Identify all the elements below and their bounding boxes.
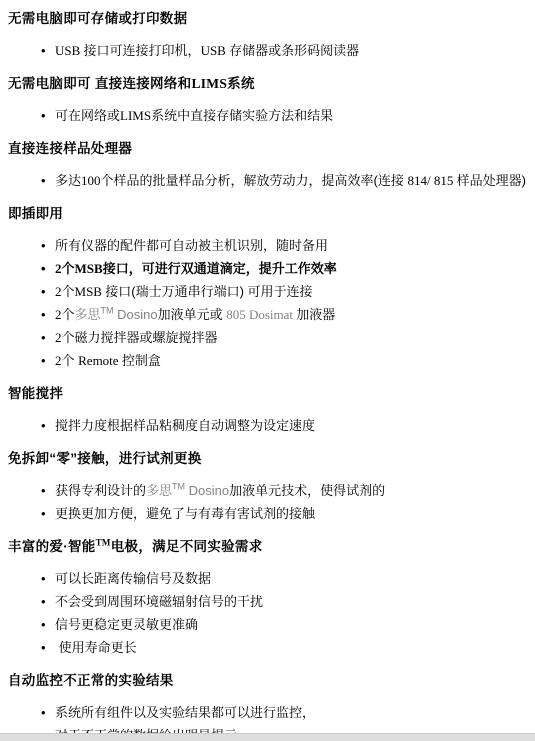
- text-run: 个: [62, 353, 79, 368]
- text-run: 智能搅拌: [8, 386, 63, 401]
- text-run: 个: [62, 261, 75, 276]
- text-run: 接口可连接打印机，: [84, 43, 201, 58]
- bullet-item: 2个磁力搅拌器或螺旋搅拌器: [55, 326, 527, 349]
- text-run: 814/ 815: [407, 173, 456, 188]
- text-run: 系统所有组件以及实验结果都可以进行监控，: [55, 705, 315, 720]
- section-heading: 无需电脑即可 直接连接网络和LIMS系统: [8, 74, 527, 93]
- section-heading: 即插即用: [8, 204, 527, 223]
- text-run: 100: [81, 173, 101, 188]
- text-run: Dosino: [114, 307, 158, 322]
- bullet-item: 2个MSB接口，可进行双通道滴定，提升工作效率: [55, 257, 527, 280]
- bullet-item: 系统所有组件以及实验结果都可以进行监控，: [55, 701, 527, 724]
- trademark-superscript: TM: [101, 306, 114, 316]
- text-run: 使用寿命更长: [55, 640, 137, 655]
- bullet-list: 可以长距离传输信号及数据不会受到周围环境磁辐射信号的干扰信号更稳定更灵敏更准确 …: [8, 567, 527, 659]
- text-run: MSB: [75, 261, 103, 276]
- bullet-item: 使用寿命更长: [55, 636, 527, 659]
- text-run: 即插即用: [8, 206, 63, 221]
- text-run: 直接连接样品处理器: [8, 141, 132, 156]
- section-heading: 直接连接样品处理器: [8, 139, 527, 158]
- bullet-list: USB 接口可连接打印机，USB 存储器或条形码阅读器: [8, 39, 527, 62]
- bullet-list: 获得专利设计的多思TM Dosino加液单元技术，使得试剂的更换更加方便，避免了…: [8, 479, 527, 525]
- bullet-item: 2个 Remote 控制盒: [55, 349, 527, 372]
- text-run: 不会受到周围环境磁辐射信号的干扰: [55, 594, 263, 609]
- text-run: 加液单元技术，使得试剂的: [229, 483, 385, 498]
- text-run: 存储器或条形码阅读器: [229, 43, 359, 58]
- text-run: LIMS: [191, 76, 227, 91]
- text-run: 电极，满足不同实验需求: [111, 539, 263, 554]
- text-run: 控制盒: [122, 353, 161, 368]
- feature-section: 直接连接样品处理器多达100个样品的批量样品分析，解放劳动力，提高效率(连接 8…: [8, 139, 527, 192]
- bullet-item: USB 接口可连接打印机，USB 存储器或条形码阅读器: [55, 39, 527, 62]
- bullet-item: 2个多思TM Dosino加液单元或 805 Dosimat 加液器: [55, 303, 527, 326]
- feature-section: 无需电脑即可 直接连接网络和LIMS系统可在网络或LIMS系统中直接存储实验方法…: [8, 74, 527, 127]
- text-run: 无需电脑即可存储或打印数据: [8, 11, 187, 26]
- bullet-list: 多达100个样品的批量样品分析，解放劳动力，提高效率(连接 814/ 815 样…: [8, 169, 527, 192]
- text-run: USB: [55, 43, 84, 58]
- page: 无需电脑即可存储或打印数据USB 接口可连接打印机，USB 存储器或条形码阅读器…: [0, 0, 535, 741]
- text-run: 805 Dosimat: [226, 307, 296, 322]
- text-run: 系统中直接存储实验方法和结果: [151, 108, 333, 123]
- text-run: 自动监控不正常的实验结果: [8, 673, 174, 688]
- text-run: 免拆卸“零”接触，进行试剂更换: [8, 451, 202, 466]
- trademark-superscript: TM: [172, 482, 185, 492]
- text-run: 多思: [146, 483, 172, 498]
- text-run: 系统: [227, 76, 255, 91]
- feature-section: 免拆卸“零”接触，进行试剂更换获得专利设计的多思TM Dosino加液单元技术，…: [8, 449, 527, 525]
- bullet-item: 所有仪器的配件都可自动被主机识别，随时备用: [55, 234, 527, 257]
- feature-section: 自动监控不正常的实验结果系统所有组件以及实验结果都可以进行监控，对于不正常的数据…: [8, 671, 527, 741]
- bullet-list: 可在网络或LIMS系统中直接存储实验方法和结果: [8, 104, 527, 127]
- feature-section: 无需电脑即可存储或打印数据USB 接口可连接打印机，USB 存储器或条形码阅读器: [8, 9, 527, 62]
- text-run: MSB: [75, 284, 106, 299]
- text-run: 丰富的爱·智能: [8, 539, 96, 554]
- section-heading: 免拆卸“零”接触，进行试剂更换: [8, 449, 527, 468]
- bullet-list: 所有仪器的配件都可自动被主机识别，随时备用2个MSB接口，可进行双通道滴定，提升…: [8, 234, 527, 372]
- text-run: 搅拌力度根据样品粘稠度自动调整为设定速度: [55, 418, 315, 433]
- text-run: USB: [201, 43, 230, 58]
- text-run: 加液单元或: [158, 307, 227, 322]
- feature-section: 丰富的爱·智能TM电极，满足不同实验需求可以长距离传输信号及数据不会受到周围环境…: [8, 537, 527, 659]
- text-run: 无需电脑即可 直接连接网络和: [8, 76, 191, 91]
- text-run: 接口，可进行双通道滴定，提升工作效率: [103, 261, 337, 276]
- bullet-item: 多达100个样品的批量样品分析，解放劳动力，提高效率(连接 814/ 815 样…: [55, 169, 527, 192]
- feature-list: 无需电脑即可存储或打印数据USB 接口可连接打印机，USB 存储器或条形码阅读器…: [0, 0, 535, 741]
- bullet-item: 可在网络或LIMS系统中直接存储实验方法和结果: [55, 104, 527, 127]
- text-run: 多思: [75, 307, 101, 322]
- text-run: 所有仪器的配件都可自动被主机识别，随时备用: [55, 238, 328, 253]
- text-run: 获得专利设计的: [55, 483, 146, 498]
- text-run: 个: [62, 307, 75, 322]
- text-run: 信号更稳定更灵敏更准确: [55, 617, 198, 632]
- text-run: 接口(瑞士万通串行端口) 可用于连接: [105, 284, 312, 299]
- section-heading: 无需电脑即可存储或打印数据: [8, 9, 527, 28]
- text-run: 加液器: [296, 307, 335, 322]
- text-run: 可在网络或: [55, 108, 120, 123]
- text-run: 样品处理器): [457, 173, 526, 188]
- text-run: 个磁力搅拌器或螺旋搅拌器: [62, 330, 218, 345]
- trademark-superscript: TM: [96, 538, 111, 548]
- text-run: 多达: [55, 173, 81, 188]
- text-run: Remote: [78, 353, 122, 368]
- text-run: 可以长距离传输信号及数据: [55, 571, 211, 586]
- bullet-item: 可以长距离传输信号及数据: [55, 567, 527, 590]
- text-run: Dosino: [185, 483, 229, 498]
- text-run: 个样品的批量样品分析，解放劳动力，提高效率(连接: [101, 173, 408, 188]
- bullet-list: 搅拌力度根据样品粘稠度自动调整为设定速度: [8, 414, 527, 437]
- section-heading: 丰富的爱·智能TM电极，满足不同实验需求: [8, 537, 527, 556]
- feature-section: 智能搅拌搅拌力度根据样品粘稠度自动调整为设定速度: [8, 384, 527, 437]
- text-run: 更换更加方便，避免了与有毒有害试剂的接触: [55, 506, 315, 521]
- section-heading: 智能搅拌: [8, 384, 527, 403]
- bullet-item: 搅拌力度根据样品粘稠度自动调整为设定速度: [55, 414, 527, 437]
- bullet-item: 不会受到周围环境磁辐射信号的干扰: [55, 590, 527, 613]
- bullet-item: 信号更稳定更灵敏更准确: [55, 613, 527, 636]
- horizontal-scrollbar[interactable]: [0, 733, 535, 741]
- section-heading: 自动监控不正常的实验结果: [8, 671, 527, 690]
- bullet-item: 更换更加方便，避免了与有毒有害试剂的接触: [55, 502, 527, 525]
- bullet-item: 获得专利设计的多思TM Dosino加液单元技术，使得试剂的: [55, 479, 527, 502]
- text-run: 个: [62, 284, 75, 299]
- bullet-item: 2个MSB 接口(瑞士万通串行端口) 可用于连接: [55, 280, 527, 303]
- feature-section: 即插即用所有仪器的配件都可自动被主机识别，随时备用2个MSB接口，可进行双通道滴…: [8, 204, 527, 372]
- text-run: LIMS: [120, 108, 151, 123]
